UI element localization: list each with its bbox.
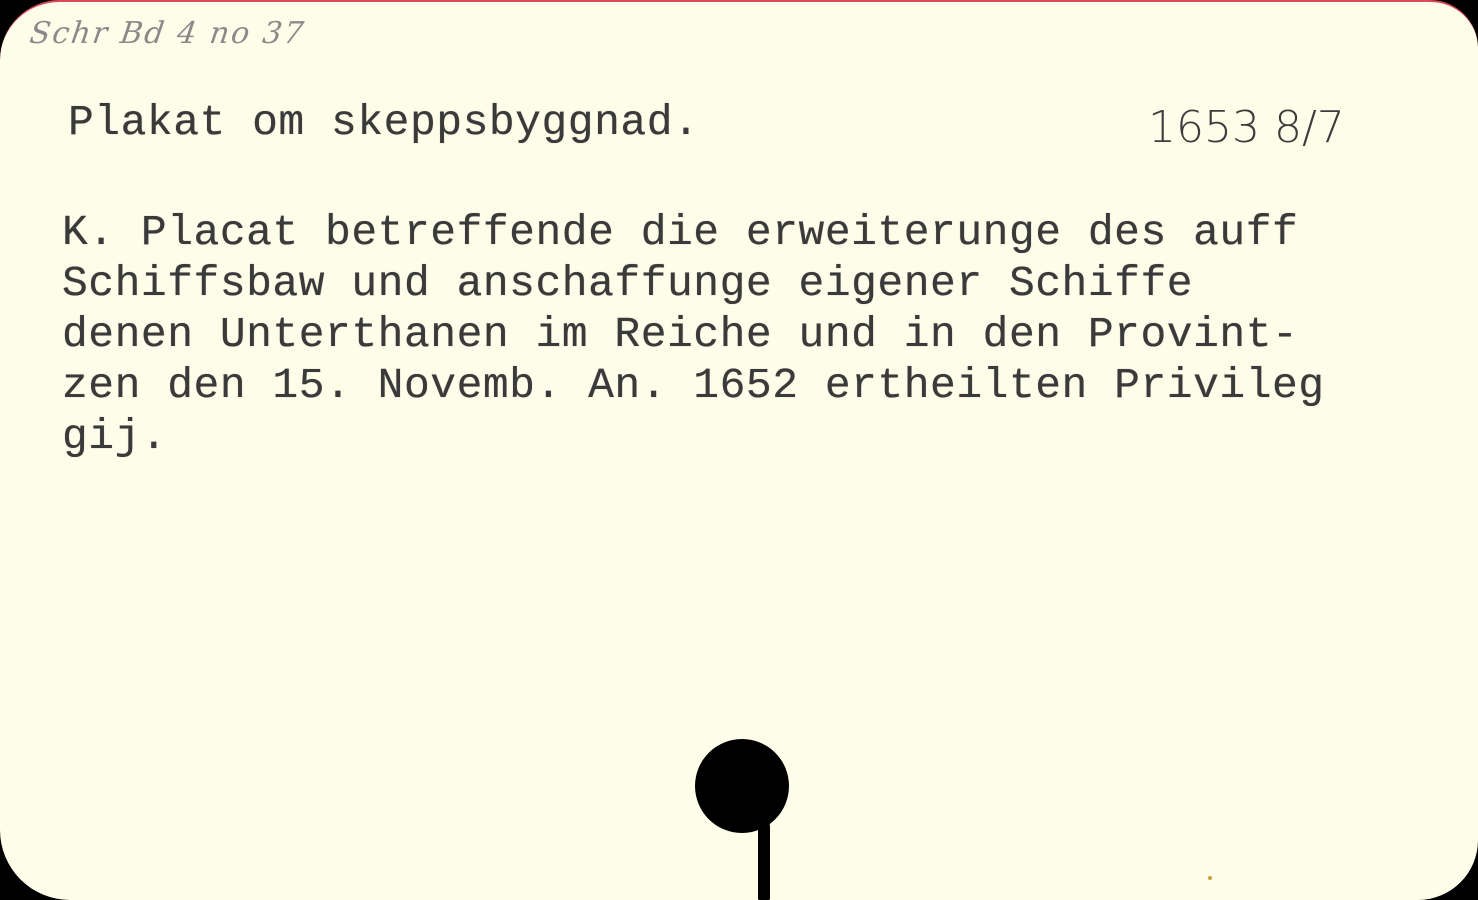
paper-speck xyxy=(1208,876,1212,880)
body-line: zen den 15. Novemb. An. 1652 ertheilten … xyxy=(62,360,1478,411)
card-title: Plakat om skeppsbyggnad. xyxy=(68,98,699,147)
punch-hole-icon xyxy=(695,739,789,833)
body-line: Schiffsbaw und anschaffunge eigener Schi… xyxy=(62,258,1478,309)
body-line: denen Unterthanen im Reiche und in den P… xyxy=(62,309,1478,360)
handwritten-reference: Schr Bd 4 no 37 xyxy=(28,16,308,51)
body-line: K. Placat betreffende die erweiterunge d… xyxy=(62,207,1478,258)
binding-string xyxy=(758,822,770,900)
card-body: K. Placat betreffende die erweiterunge d… xyxy=(62,207,1478,462)
catalog-card: Schr Bd 4 no 37 Plakat om skeppsbyggnad.… xyxy=(0,0,1478,900)
body-line: gij. xyxy=(62,411,1478,462)
card-date: 1653 8/7 xyxy=(1148,102,1345,153)
